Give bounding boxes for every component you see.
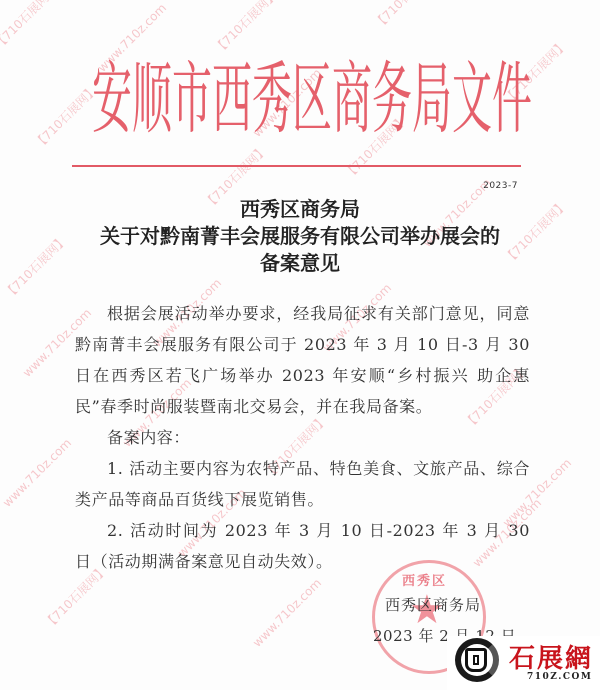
- watermark: 【710石展网】: [370, 0, 441, 32]
- watermark: 【710石展网】: [210, 0, 281, 57]
- body-paragraph: 根据会展活动举办要求，经我局征求有关部门意见，同意黔南菁丰会展服务有限公司于 2…: [75, 298, 530, 422]
- watermark: www.710z.com: [0, 436, 74, 510]
- masthead-char: 安: [92, 61, 132, 139]
- title-line-1: 西秀区商务局: [60, 196, 540, 223]
- masthead-title: 安 顺 市 西 秀 区 商 务 局 文 件: [92, 58, 504, 142]
- masthead-char: 秀: [252, 61, 292, 139]
- logo-glyph-icon: [465, 648, 487, 672]
- watermark: 【710石展网】: [30, 81, 101, 152]
- red-divider: [72, 165, 521, 167]
- title-line-3: 备案意见: [60, 250, 540, 277]
- masthead-char: 西: [212, 61, 252, 139]
- logo-domain: 710Z.COM: [527, 672, 592, 682]
- watermark: 【710石展网】: [0, 0, 61, 52]
- masthead-char: 商: [332, 61, 372, 139]
- document-number: 2023-7: [483, 181, 518, 191]
- signature-organization: 西秀区商务局: [385, 594, 481, 615]
- logo-chinese-name: 石展網: [509, 638, 593, 675]
- section-heading: 备案内容：: [75, 422, 530, 453]
- masthead-char: 务: [372, 61, 412, 139]
- document-title: 西秀区商务局 关于对黔南菁丰会展服务有限公司举办展会的 备案意见: [60, 196, 540, 277]
- masthead-char: 区: [292, 61, 332, 139]
- document-page: 【710石展网】 www.710z.com 【710石展网】 【710石展网】 …: [0, 0, 600, 690]
- masthead-char: 顺: [132, 61, 172, 139]
- list-item: 2. 活动时间为 2023 年 3 月 10 日-2023 年 3 月 30 日…: [75, 515, 530, 577]
- masthead-char: 市: [172, 61, 212, 139]
- masthead-char: 件: [492, 61, 532, 139]
- site-logo: 石展網 710Z.COM: [447, 636, 600, 690]
- list-item: 1. 活动主要内容为农特产品、特色美食、文旅产品、综合类产品等商品百货线下展览销…: [75, 453, 530, 515]
- watermark: www.710z.com: [250, 576, 324, 650]
- masthead-char: 文: [452, 61, 492, 139]
- title-line-2: 关于对黔南菁丰会展服务有限公司举办展会的: [60, 223, 540, 250]
- document-body: 根据会展活动举办要求，经我局征求有关部门意见，同意黔南菁丰会展服务有限公司于 2…: [75, 298, 530, 577]
- masthead-char: 局: [412, 61, 452, 139]
